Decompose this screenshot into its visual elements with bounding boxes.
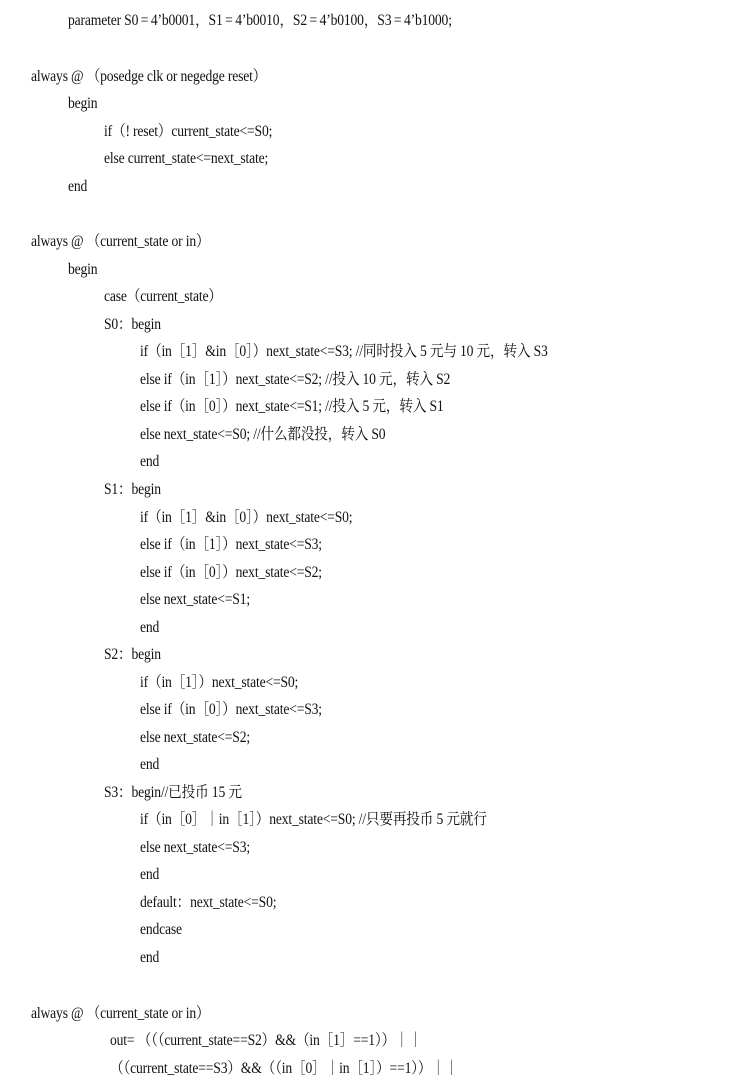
- code-line: begin: [68, 94, 97, 114]
- code-line: end: [140, 948, 159, 968]
- code-line: end: [140, 452, 159, 472]
- code-line: out= （（（current_state==S2）&&（in［1］==1））｜…: [110, 1031, 422, 1051]
- code-line: else next_state<=S3;: [140, 838, 250, 858]
- code-line: else if（in［1］）next_state<=S3;: [140, 535, 322, 555]
- code-line: if（in［1］）next_state<=S0;: [140, 673, 298, 693]
- code-line: end: [68, 177, 87, 197]
- code-line: else next_state<=S0; //什么都没投，转入 S0: [140, 425, 385, 445]
- code-line: else if（in［0］）next_state<=S3;: [140, 700, 322, 720]
- code-line: always @ （posedge clk or negedge reset）: [31, 67, 266, 87]
- code-line: always @ （current_state or in）: [31, 232, 209, 252]
- code-line: case（current_state）: [104, 287, 222, 307]
- code-line: S2：begin: [104, 645, 161, 665]
- code-line: else if（in［0］）next_state<=S1; //投入 5 元，转…: [140, 397, 444, 417]
- code-line: else if（in［1］）next_state<=S2; //投入 10 元，…: [140, 370, 450, 390]
- code-line: S0：begin: [104, 315, 161, 335]
- code-line: default：next_state<=S0;: [140, 893, 276, 913]
- code-line: S1：begin: [104, 480, 161, 500]
- code-line: endcase: [140, 920, 182, 940]
- code-line: begin: [68, 260, 97, 280]
- code-line: parameter S0 = 4’b0001，S1 = 4’b0010，S2 =…: [68, 11, 452, 31]
- code-line: end: [140, 865, 159, 885]
- code-line: if（in［1］&in［0］）next_state<=S3; //同时投入 5 …: [140, 342, 548, 362]
- code-line: if（in［0］｜in［1］）next_state<=S0; //只要再投币 5…: [140, 810, 487, 830]
- code-line: else next_state<=S2;: [140, 728, 250, 748]
- code-line: end: [140, 755, 159, 775]
- code-line: S3：begin//已投币 15 元: [104, 783, 242, 803]
- code-line: else current_state<=next_state;: [104, 149, 268, 169]
- code-line: if（in［1］&in［0］）next_state<=S0;: [140, 508, 352, 528]
- code-line: else if（in［0］）next_state<=S2;: [140, 563, 322, 583]
- code-line: else next_state<=S1;: [140, 590, 250, 610]
- code-line: （（current_state==S3）&&（（in［0］｜in［1］）==1）…: [110, 1059, 458, 1079]
- code-line: end: [140, 618, 159, 638]
- code-line: always @ （current_state or in）: [31, 1004, 209, 1024]
- code-line: if（! reset）current_state<=S0;: [104, 122, 272, 142]
